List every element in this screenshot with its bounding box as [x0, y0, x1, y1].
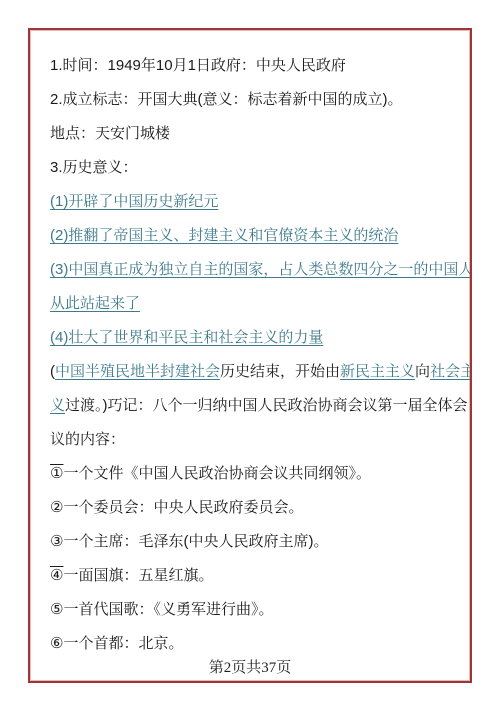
text-segment: 地点：天安门城楼	[50, 125, 170, 142]
underlined-link-text[interactable]: 义	[50, 397, 65, 414]
underlined-link-text[interactable]: (1)开辟了中国历史新纪元	[50, 193, 218, 210]
text-line: 2.成立标志：开国大典(意义：标志着新中国的成立)。	[50, 83, 472, 117]
text-segment: ②一个委员会：中央人民政府委员会。	[50, 499, 303, 516]
text-segment: 3.历史意义：	[50, 159, 138, 176]
text-line: (中国半殖民地半封建社会历史结束，开始由新民主主义向社会主	[50, 355, 472, 389]
text-segment: ⑤一首代国歌：《义勇军进行曲》。	[50, 601, 273, 618]
underlined-link-text[interactable]: 中国半殖民地半封建社会	[55, 363, 220, 380]
text-line: 3.历史意义：	[50, 151, 472, 185]
text-line: ⑤一首代国歌：《义勇军进行曲》。	[50, 593, 472, 627]
circled-number: ④	[50, 567, 63, 584]
text-segment: 议的内容：	[50, 431, 125, 448]
text-line: 1.时间：1949年10月1日政府：中央人民政府	[50, 49, 472, 83]
document-page: 1.时间：1949年10月1日政府：中央人民政府2.成立标志：开国大典(意义：标…	[0, 0, 500, 707]
text-line: ②一个委员会：中央人民政府委员会。	[50, 491, 472, 525]
text-segment: 1.时间：1949年10月1日政府：中央人民政府	[50, 57, 346, 74]
text-line: ④一面国旗：五星红旗。	[50, 559, 472, 593]
text-segment: ③一个主席：毛泽东(中央人民政府主席)。	[50, 533, 328, 550]
page-number: 第2页共37页	[30, 658, 470, 678]
underlined-link-text[interactable]: 社会主	[430, 363, 472, 380]
text-segment: 2.成立标志：开国大典(意义：标志着新中国的成立)。	[50, 91, 403, 108]
text-segment: 过渡。)巧记：八个一归纳中国人民政治协商会议第一届全体会	[65, 397, 468, 414]
text-line: (2)推翻了帝国主义、封建主义和官僚资本主义的统治	[50, 219, 472, 253]
text-segment: 一个文件《中国人民政治协商会议共同纲领》。	[63, 465, 371, 482]
underlined-link-text[interactable]: (3)中国真正成为独立自主的国家，占人类总数四分之一的中国人	[50, 261, 472, 278]
text-line: 地点：天安门城楼	[50, 117, 472, 151]
text-line: 义过渡。)巧记：八个一归纳中国人民政治协商会议第一届全体会	[50, 389, 472, 423]
text-line: ③一个主席：毛泽东(中央人民政府主席)。	[50, 525, 472, 559]
underlined-link-text[interactable]: (2)推翻了帝国主义、封建主义和官僚资本主义的统治	[50, 227, 398, 244]
text-line: (3)中国真正成为独立自主的国家，占人类总数四分之一的中国人	[50, 253, 472, 287]
circled-number: ①	[50, 465, 63, 482]
text-segment: ⑥一个首都：北京。	[50, 635, 183, 652]
text-segment: 向	[415, 363, 430, 380]
text-line: ⑥一个首都：北京。	[50, 627, 472, 661]
text-line: 从此站起来了	[50, 287, 472, 321]
underlined-link-text[interactable]: 新民主主义	[340, 363, 415, 380]
page-border-frame: 1.时间：1949年10月1日政府：中央人民政府2.成立标志：开国大典(意义：标…	[28, 28, 472, 683]
text-line: (1)开辟了中国历史新纪元	[50, 185, 472, 219]
text-segment: 历史结束，开始由	[220, 363, 340, 380]
text-line: (4)壮大了世界和平民主和社会主义的力量	[50, 321, 472, 355]
text-line: 议的内容：	[50, 423, 472, 457]
underlined-link-text[interactable]: 从此站起来了	[50, 295, 140, 312]
notes-content: 1.时间：1949年10月1日政府：中央人民政府2.成立标志：开国大典(意义：标…	[50, 49, 472, 661]
text-line: ①一个文件《中国人民政治协商会议共同纲领》。	[50, 457, 472, 491]
text-segment: 一面国旗：五星红旗。	[63, 567, 213, 584]
underlined-link-text[interactable]: (4)壮大了世界和平民主和社会主义的力量	[50, 329, 323, 346]
